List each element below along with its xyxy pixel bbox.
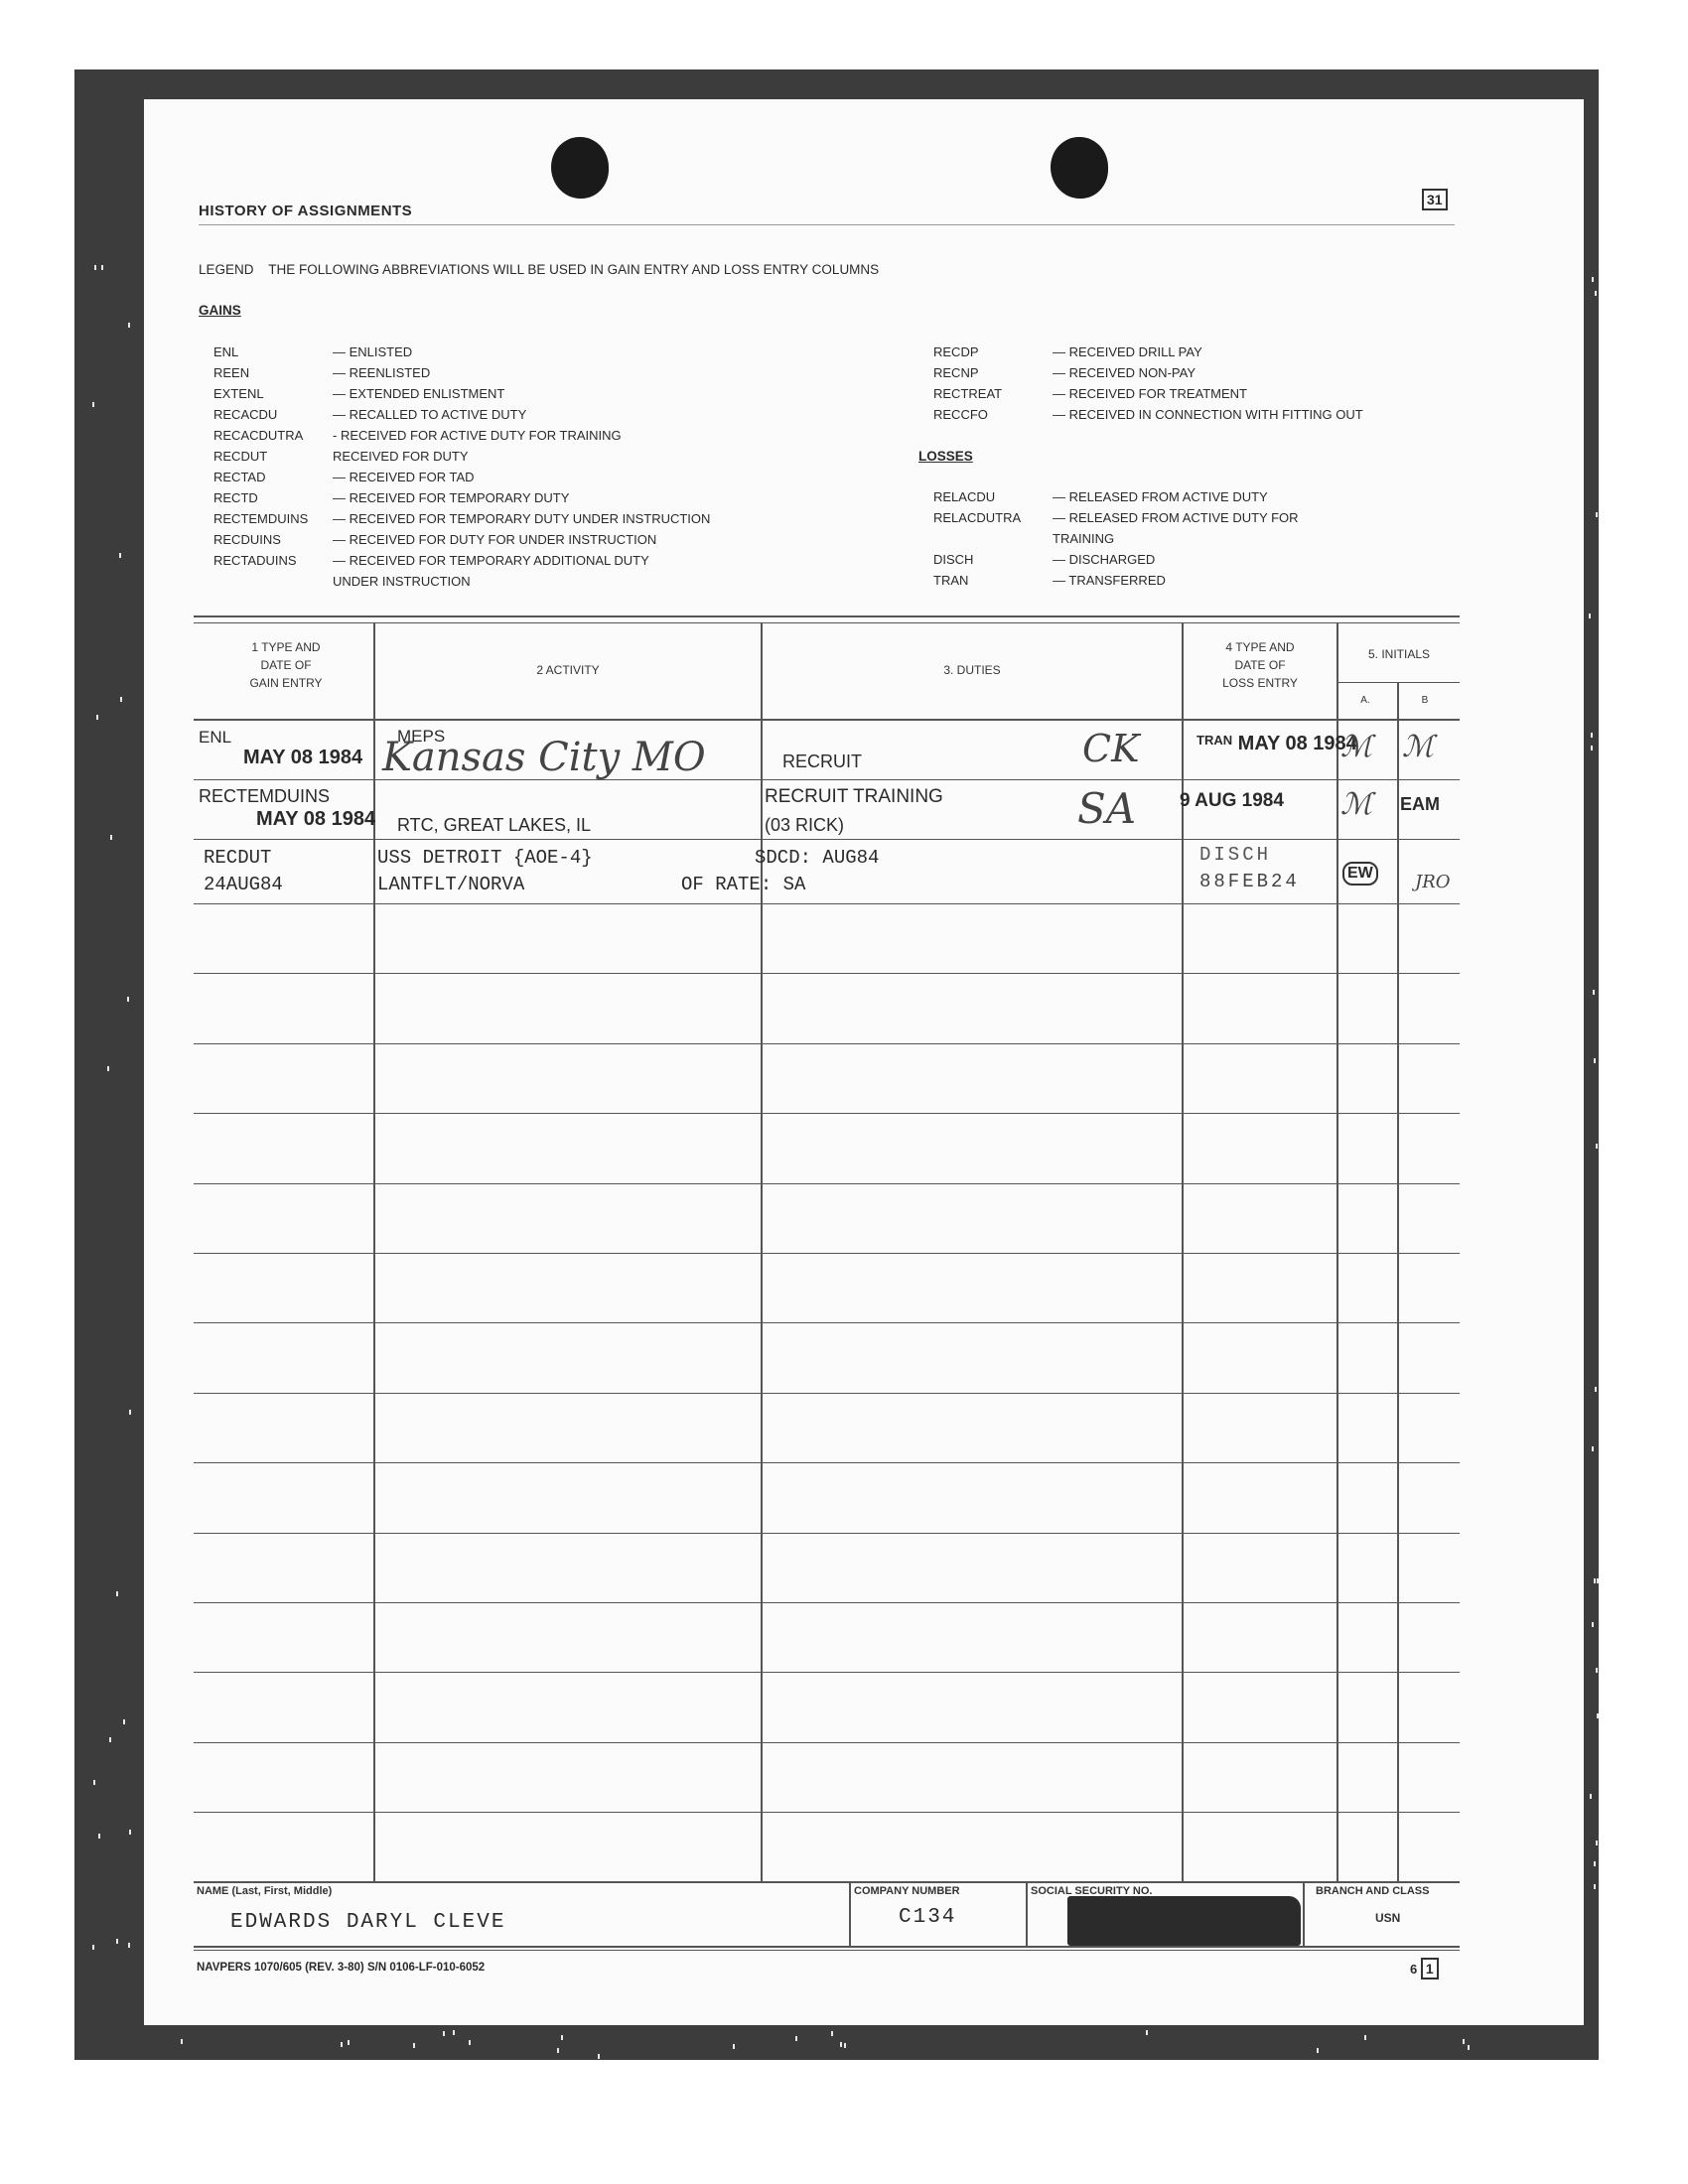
scan-speck — [120, 697, 122, 702]
scan-speck — [1596, 1144, 1598, 1149]
table-row-rule — [194, 1462, 1460, 1463]
scan-speck — [116, 1939, 118, 1944]
row2-duties: RECRUIT TRAINING — [765, 786, 943, 808]
company-value: C134 — [899, 1906, 956, 1929]
legend-item: TRAINING — [933, 528, 1299, 549]
scan-speck — [1595, 1387, 1597, 1392]
scan-speck — [101, 265, 103, 270]
row2-loss-date: 9 AUG 1984 — [1180, 790, 1284, 811]
row2-duties-2: (03 RICK) — [765, 815, 844, 836]
scan-speck — [1317, 2048, 1319, 2053]
row1-gain-date: MAY 08 1984 — [243, 747, 362, 769]
legend-code: RELACDU — [933, 486, 1053, 507]
row2-activity: RTC, GREAT LAKES, IL — [397, 815, 591, 836]
legend-item: EXTENL— EXTENDED ENLISTMENT — [213, 383, 710, 404]
legend-code: RECTREAT — [933, 383, 1053, 404]
scan-speck — [92, 402, 94, 407]
scan-speck — [92, 1945, 94, 1950]
table-row-rule — [194, 973, 1460, 974]
scan-speck — [107, 1066, 109, 1071]
gains-list: ENL— ENLISTEDREEN— REENLISTEDEXTENL— EXT… — [213, 341, 710, 592]
legend-desc: TRAINING — [1053, 531, 1114, 546]
row1-duties: RECRUIT — [782, 751, 862, 772]
legend-item: RECTAD— RECEIVED FOR TAD — [213, 467, 710, 487]
scan-speck — [557, 2048, 559, 2053]
scan-speck — [123, 1719, 125, 1724]
legend-code: RECACDUTRA — [213, 425, 333, 446]
table-row-rule — [194, 1393, 1460, 1394]
scan-speck — [1597, 1578, 1599, 1583]
row3-initials-b: JRO — [1415, 872, 1451, 892]
legend-item: RECTADUINS— RECEIVED FOR TEMPORARY ADDIT… — [213, 550, 710, 571]
table-row-rule — [194, 1533, 1460, 1534]
table-row-rule — [194, 1113, 1460, 1114]
row3-gain-type: RECDUT — [204, 847, 271, 869]
page-box-number: 31 — [1422, 189, 1448, 210]
row1-initials-b: ℳ — [1402, 730, 1434, 764]
legend-code: RECCFO — [933, 404, 1053, 425]
scan-speck — [110, 835, 112, 840]
scan-speck — [795, 2036, 797, 2041]
legend-desc: — EXTENDED ENLISTMENT — [333, 386, 504, 401]
legend-code: RECDUT — [213, 446, 333, 467]
row2-duties-signature: SA — [1077, 784, 1136, 833]
company-label: COMPANY NUMBER — [854, 1885, 960, 1897]
legend-desc: — RECEIVED FOR TEMPORARY DUTY — [333, 490, 569, 505]
footer-top-rule — [194, 1881, 1460, 1883]
footer-divider-2 — [1026, 1881, 1028, 1946]
scan-speck — [129, 1830, 131, 1835]
row3-loss-date: 88FEB24 — [1199, 871, 1300, 892]
losses-list: RELACDU— RELEASED FROM ACTIVE DUTYRELACD… — [933, 486, 1299, 591]
scan-speck — [1592, 277, 1594, 282]
legend-code: RECACDU — [213, 404, 333, 425]
legend-desc: — RECEIVED IN CONNECTION WITH FITTING OU… — [1053, 407, 1363, 422]
footer-bottom-rule — [194, 1946, 1460, 1948]
name-label: NAME (Last, First, Middle) — [197, 1885, 332, 1897]
legend-code: RECDUINS — [213, 529, 333, 550]
legend-text: THE FOLLOWING ABBREVIATIONS WILL BE USED… — [268, 262, 879, 277]
legend-code: REEN — [213, 362, 333, 383]
row3-activity: USS DETROIT {AOE-4} — [377, 847, 593, 869]
row2-gain-date: MAY 08 1984 — [256, 808, 375, 831]
legend-desc: — RECEIVED FOR TEMPORARY DUTY UNDER INST… — [333, 511, 710, 526]
gains-right-list: RECDP— RECEIVED DRILL PAYRECNP— RECEIVED… — [933, 341, 1363, 425]
scan-speck — [341, 2042, 343, 2047]
row1-loss-type: TRAN — [1196, 733, 1232, 748]
table-row-rule — [194, 1812, 1460, 1813]
legend-item: RECNP— RECEIVED NON-PAY — [933, 362, 1363, 383]
scan-speck — [94, 265, 96, 270]
scan-speck — [831, 2031, 833, 2036]
page-number: 1 — [1421, 1958, 1439, 1979]
scan-speck — [119, 553, 121, 558]
legend-desc: — RELEASED FROM ACTIVE DUTY — [1053, 489, 1268, 504]
row1-initials-a: ℳ — [1340, 730, 1372, 764]
table-row-rule — [194, 1322, 1460, 1323]
legend-label: LEGEND — [199, 262, 254, 277]
scan-speck — [109, 1737, 111, 1742]
legend-desc: — REENLISTED — [333, 365, 430, 380]
legend-desc: - RECEIVED FOR ACTIVE DUTY FOR TRAINING — [333, 428, 622, 443]
legend-desc: — RECEIVED FOR TEMPORARY ADDITIONAL DUTY — [333, 553, 649, 568]
header-gain-entry: 1 TYPE AND DATE OF GAIN ENTRY — [199, 638, 373, 692]
page-title: HISTORY OF ASSIGNMENTS — [199, 203, 412, 219]
scan-speck — [116, 1591, 118, 1596]
legend-code: RECTD — [213, 487, 333, 508]
page-prefix: 6 — [1410, 1962, 1417, 1977]
legend-item: RELACDU— RELEASED FROM ACTIVE DUTY — [933, 486, 1299, 507]
legend-code: RECNP — [933, 362, 1053, 383]
col-divider-4 — [1336, 622, 1338, 1881]
row3-loss-type: DISCH — [1199, 844, 1271, 866]
table-row-rule — [194, 1183, 1460, 1184]
legend-code: RELACDUTRA — [933, 507, 1053, 528]
page-number-box: 6 1 — [1410, 1961, 1439, 1977]
legend-code: DISCH — [933, 549, 1053, 570]
legend-code: TRAN — [933, 570, 1053, 591]
initials-subheader-rule — [1336, 682, 1460, 683]
row3-duties: SDCD: AUG84 — [755, 847, 879, 869]
table-row-rule — [194, 839, 1460, 840]
scan-speck — [1468, 2045, 1470, 2050]
legend-desc: — ENLISTED — [333, 344, 412, 359]
scan-speck — [443, 2031, 445, 2036]
legend-item: RECTREAT— RECEIVED FOR TREATMENT — [933, 383, 1363, 404]
legend-item: RECACDUTRA- RECEIVED FOR ACTIVE DUTY FOR… — [213, 425, 710, 446]
legend-desc: — DISCHARGED — [1053, 552, 1155, 567]
scan-speck — [840, 2042, 842, 2047]
footer-divider-1 — [849, 1881, 851, 1946]
title-rule — [199, 224, 1455, 225]
row2-initials-b: EAM — [1400, 794, 1440, 815]
header-loss-entry: 4 TYPE AND DATE OF LOSS ENTRY — [1184, 638, 1336, 692]
row2-loss-type-date: 9 AUG 1984 — [1180, 789, 1284, 812]
row1-loss-date: MAY 08 1984 — [1238, 733, 1357, 754]
scan-speck — [1592, 1622, 1594, 1627]
legend-desc: — TRANSFERRED — [1053, 573, 1166, 588]
table-row-rule — [194, 1602, 1460, 1603]
scan-speck — [181, 2039, 183, 2044]
scan-speck — [1593, 990, 1595, 995]
scan-speck — [1592, 1446, 1594, 1451]
legend-item: REEN— REENLISTED — [213, 362, 710, 383]
legend-item: RECTEMDUINS— RECEIVED FOR TEMPORARY DUTY… — [213, 508, 710, 529]
row1-activity-handwritten: Kansas City MO — [382, 735, 706, 780]
legend-item: RELACDUTRA— RELEASED FROM ACTIVE DUTY FO… — [933, 507, 1299, 528]
row3-duties-2: OF RATE: SA — [681, 874, 805, 895]
scan-speck — [1591, 746, 1593, 751]
header-initials: 5. INITIALS — [1338, 645, 1460, 663]
gains-heading: GAINS — [199, 303, 241, 318]
legend-desc: — RECEIVED FOR TREATMENT — [1053, 386, 1247, 401]
form-number: NAVPERS 1070/605 (REV. 3-80) S/N 0106-LF… — [197, 1962, 485, 1974]
legend-code: RECTAD — [213, 467, 333, 487]
row1-gain-type: ENL — [199, 728, 231, 748]
scan-speck — [1594, 1058, 1596, 1063]
legend-desc: — RECEIVED NON-PAY — [1053, 365, 1196, 380]
scan-speck — [733, 2044, 735, 2049]
scan-speck — [98, 1834, 100, 1839]
legend-desc: — RECEIVED DRILL PAY — [1053, 344, 1202, 359]
scan-speck — [453, 2030, 455, 2035]
scan-speck — [1597, 1713, 1599, 1718]
legend-intro: LEGEND THE FOLLOWING ABBREVIATIONS WILL … — [199, 262, 879, 277]
legend-item: DISCH— DISCHARGED — [933, 549, 1299, 570]
table-top-rule-2 — [194, 622, 1460, 623]
scan-speck — [129, 1410, 131, 1415]
scan-speck — [1596, 512, 1598, 517]
legend-desc: UNDER INSTRUCTION — [333, 574, 471, 589]
scan-speck — [127, 997, 129, 1002]
scan-speck — [128, 323, 130, 328]
table-top-rule — [194, 615, 1460, 617]
legend-desc: — RECEIVED FOR DUTY FOR UNDER INSTRUCTIO… — [333, 532, 656, 547]
table-row-rule — [194, 903, 1460, 904]
scan-speck — [1594, 1578, 1596, 1583]
legend-code: ENL — [213, 341, 333, 362]
legend-item: TRAN— TRANSFERRED — [933, 570, 1299, 591]
row2-gain-type: RECTEMDUINS — [199, 786, 330, 807]
col-divider-5 — [1397, 683, 1399, 1881]
scan-speck — [413, 2043, 415, 2048]
scan-speck — [128, 1943, 130, 1948]
scan-speck — [1146, 2030, 1148, 2035]
scan-speck — [844, 2043, 846, 2048]
footer-divider-3 — [1303, 1881, 1305, 1946]
scan-speck — [1595, 291, 1597, 296]
scan-speck — [1589, 614, 1591, 618]
scan-speck — [1594, 1884, 1596, 1889]
legend-desc: — RECEIVED FOR TAD — [333, 470, 475, 484]
row2-initials-a: ℳ — [1340, 787, 1372, 822]
scan-speck — [93, 1780, 95, 1785]
punch-hole-left — [551, 137, 609, 199]
col-divider-2 — [761, 622, 763, 1881]
legend-item: RECCFO— RECEIVED IN CONNECTION WITH FITT… — [933, 404, 1363, 425]
scan-speck — [96, 715, 98, 720]
header-duties: 3. DUTIES — [763, 661, 1182, 679]
losses-heading: LOSSES — [918, 449, 973, 464]
legend-item: RECACDU— RECALLED TO ACTIVE DUTY — [213, 404, 710, 425]
legend-desc: — RECALLED TO ACTIVE DUTY — [333, 407, 526, 422]
name-value: EDWARDS DARYL CLEVE — [230, 1911, 505, 1934]
legend-code: RECDP — [933, 341, 1053, 362]
row3-activity-2: LANTFLT/NORVA — [377, 874, 524, 895]
row3-gain-date: 24AUG84 — [204, 874, 283, 895]
legend-item: ENL— ENLISTED — [213, 341, 710, 362]
header-initials-b: B — [1410, 692, 1440, 710]
legend-item: RECTD— RECEIVED FOR TEMPORARY DUTY — [213, 487, 710, 508]
scan-speck — [1590, 1794, 1592, 1799]
scan-speck — [1463, 2039, 1465, 2044]
scan-speck — [348, 2040, 350, 2045]
header-initials-a: A. — [1350, 692, 1380, 710]
legend-desc: RECEIVED FOR DUTY — [333, 449, 469, 464]
table-row-rule — [194, 1253, 1460, 1254]
scan-speck — [1364, 2035, 1366, 2040]
row1-loss-type-date: TRAN MAY 08 1984 — [1196, 733, 1357, 755]
legend-item: RECDUINS— RECEIVED FOR DUTY FOR UNDER IN… — [213, 529, 710, 550]
legend-desc: — RELEASED FROM ACTIVE DUTY FOR — [1053, 510, 1299, 525]
legend-code: RECTADUINS — [213, 550, 333, 571]
scan-speck — [469, 2040, 471, 2045]
scan-speck — [1596, 1668, 1598, 1673]
table-row-rule — [194, 1043, 1460, 1044]
header-activity: 2 ACTIVITY — [375, 661, 761, 679]
branch-value: USN — [1375, 1911, 1400, 1925]
scan-speck — [1594, 1861, 1596, 1866]
table-row-rule — [194, 1672, 1460, 1673]
legend-item: RECDUTRECEIVED FOR DUTY — [213, 446, 710, 467]
legend-item: UNDER INSTRUCTION — [213, 571, 710, 592]
legend-item: RECDP— RECEIVED DRILL PAY — [933, 341, 1363, 362]
punch-hole-right — [1051, 137, 1108, 199]
legend-code: RECTEMDUINS — [213, 508, 333, 529]
ssn-redaction — [1067, 1896, 1301, 1946]
footer-bottom-rule-2 — [194, 1950, 1460, 1951]
scan-speck — [598, 2054, 600, 2059]
row3-initials-a: EW — [1342, 862, 1378, 886]
scan-speck — [1591, 733, 1593, 738]
row1-duties-signature: CK — [1082, 727, 1139, 770]
scan-speck — [561, 2035, 563, 2040]
table-header-rule — [194, 719, 1460, 721]
legend-code: EXTENL — [213, 383, 333, 404]
scan-speck — [1596, 1841, 1598, 1845]
table-row-rule — [194, 1742, 1460, 1743]
branch-label: BRANCH AND CLASS — [1316, 1885, 1429, 1897]
